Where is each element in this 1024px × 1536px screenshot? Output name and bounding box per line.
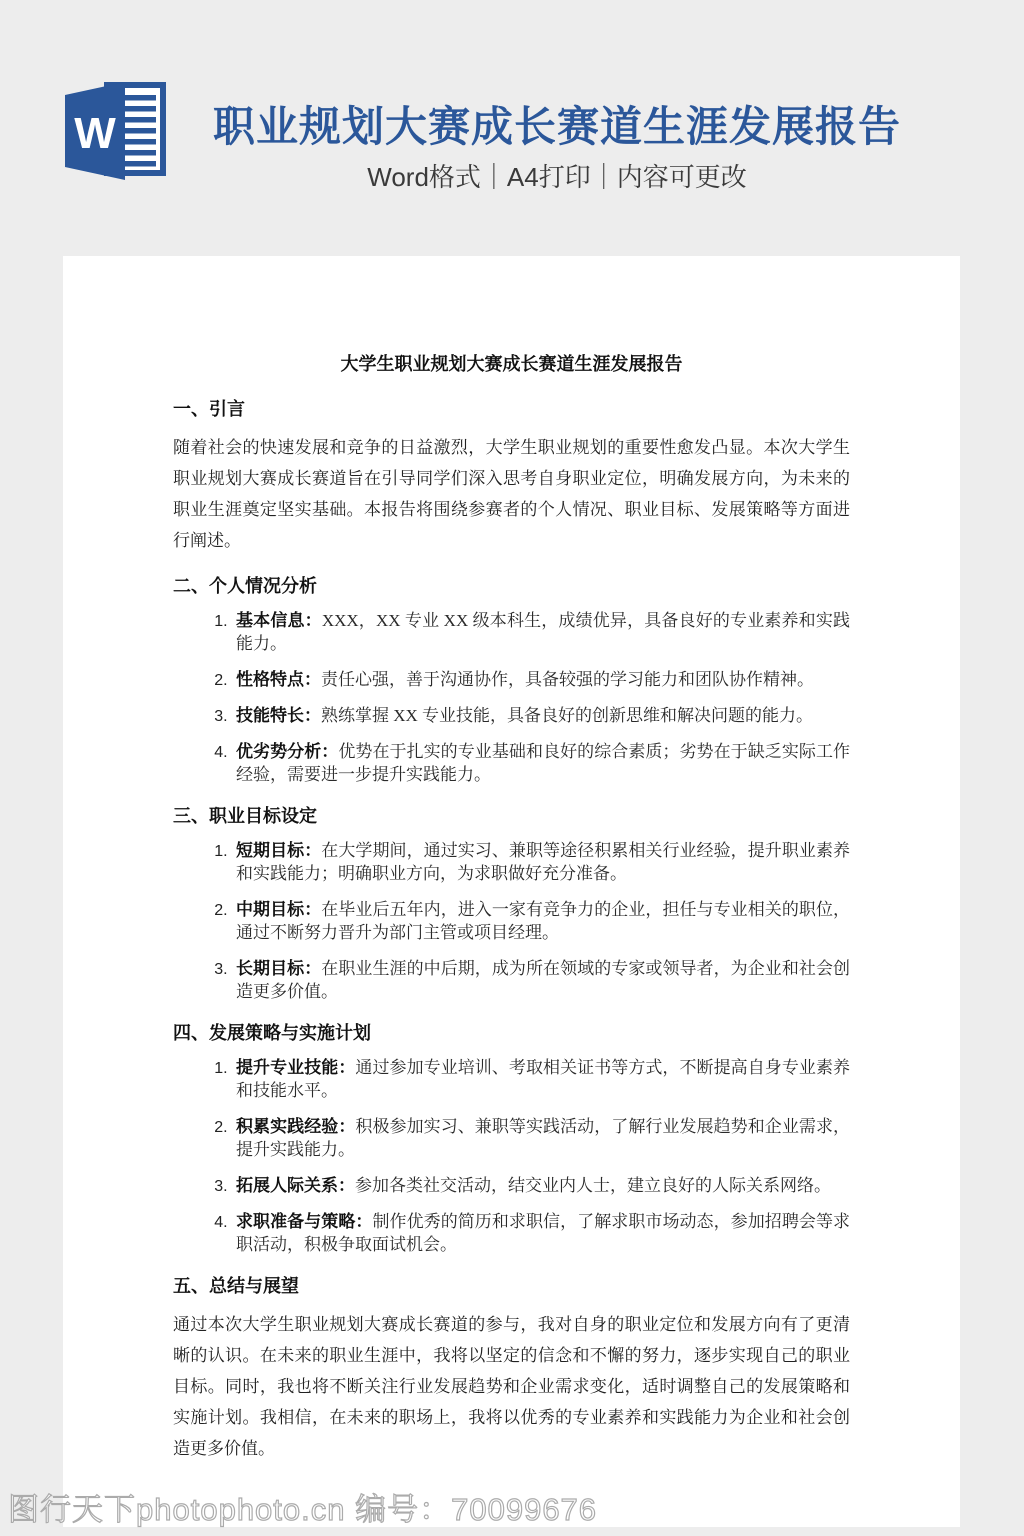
section-heading: 四、发展策略与实施计划 — [173, 1020, 850, 1046]
numbered-list: 提升专业技能：通过参加专业培训、考取相关证书等方式，不断提高自身专业素养和技能水… — [173, 1056, 850, 1256]
numbered-list: 基本信息：XXX，XX 专业 XX 级本科生，成绩优异，具备良好的专业素养和实践… — [173, 609, 850, 786]
list-item: 长期目标：在职业生涯的中后期，成为所在领域的专家或领导者，为企业和社会创造更多价… — [232, 957, 850, 1003]
site-watermark: 图行天下photophoto.cn 编号：70099676 — [8, 1484, 597, 1529]
item-label: 提升专业技能： — [236, 1058, 355, 1077]
banner-title: 职业规划大赛成长赛道生涯发展报告 — [0, 94, 1024, 154]
template-preview: W 职业规划大赛成长赛道生涯发展报告 Word格式｜A4打印｜内容可更改 大学生… — [0, 0, 1024, 1536]
document-title: 大学生职业规划大赛成长赛道生涯发展报告 — [173, 352, 850, 376]
list-item: 积累实践经验：积极参加实习、兼职等实践活动，了解行业发展趋势和企业需求，提升实践… — [232, 1115, 850, 1161]
list-item: 性格特点：责任心强，善于沟通协作，具备较强的学习能力和团队协作精神。 — [232, 668, 850, 691]
item-text: 在大学期间，通过实习、兼职等途径积累相关行业经验，提升职业素养和实践能力；明确职… — [236, 841, 850, 883]
item-label: 中期目标： — [236, 900, 321, 919]
item-label: 拓展人际关系： — [236, 1176, 355, 1195]
document-page: 大学生职业规划大赛成长赛道生涯发展报告 一、引言随着社会的快速发展和竞争的日益激… — [63, 256, 960, 1527]
document-sections: 一、引言随着社会的快速发展和竞争的日益激烈，大学生职业规划的重要性愈发凸显。本次… — [173, 396, 850, 1464]
list-item: 基本信息：XXX，XX 专业 XX 级本科生，成绩优异，具备良好的专业素养和实践… — [232, 609, 850, 655]
list-item: 技能特长：熟练掌握 XX 专业技能，具备良好的创新思维和解决问题的能力。 — [232, 704, 850, 727]
item-text: 在毕业后五年内，进入一家有竞争力的企业，担任与专业相关的职位，通过不断努力晋升为… — [236, 900, 850, 942]
item-text: 参加各类社交活动，结交业内人士，建立良好的人际关系网络。 — [355, 1176, 831, 1195]
item-label: 求职准备与策略： — [236, 1212, 372, 1231]
section-heading: 二、个人情况分析 — [173, 573, 850, 599]
item-label: 优劣势分析： — [236, 742, 338, 761]
header-banner: W 职业规划大赛成长赛道生涯发展报告 Word格式｜A4打印｜内容可更改 — [0, 0, 1024, 255]
numbered-list: 短期目标：在大学期间，通过实习、兼职等途径积累相关行业经验，提升职业素养和实践能… — [173, 839, 850, 1003]
item-text: 责任心强，善于沟通协作，具备较强的学习能力和团队协作精神。 — [321, 670, 814, 689]
item-text: XXX，XX 专业 XX 级本科生，成绩优异，具备良好的专业素养和实践能力。 — [236, 611, 850, 653]
list-item: 拓展人际关系：参加各类社交活动，结交业内人士，建立良好的人际关系网络。 — [232, 1174, 850, 1197]
item-label: 基本信息： — [236, 611, 322, 630]
item-label: 长期目标： — [236, 959, 321, 978]
list-item: 中期目标：在毕业后五年内，进入一家有竞争力的企业，担任与专业相关的职位，通过不断… — [232, 898, 850, 944]
list-item: 优劣势分析：优势在于扎实的专业基础和良好的综合素质；劣势在于缺乏实际工作经验，需… — [232, 740, 850, 786]
list-item: 短期目标：在大学期间，通过实习、兼职等途径积累相关行业经验，提升职业素养和实践能… — [232, 839, 850, 885]
item-label: 短期目标： — [236, 841, 321, 860]
item-text: 熟练掌握 XX 专业技能，具备良好的创新思维和解决问题的能力。 — [321, 706, 813, 725]
item-label: 积累实践经验： — [236, 1117, 355, 1136]
banner-subtitle: Word格式｜A4打印｜内容可更改 — [0, 157, 1024, 194]
section-heading: 五、总结与展望 — [173, 1273, 850, 1299]
section-heading: 三、职业目标设定 — [173, 803, 850, 829]
section-paragraph: 通过本次大学生职业规划大赛成长赛道的参与，我对自身的职业定位和发展方向有了更清晰… — [173, 1309, 850, 1464]
list-item: 提升专业技能：通过参加专业培训、考取相关证书等方式，不断提高自身专业素养和技能水… — [232, 1056, 850, 1102]
item-text: 在职业生涯的中后期，成为所在领域的专家或领导者，为企业和社会创造更多价值。 — [236, 959, 850, 1001]
section-paragraph: 随着社会的快速发展和竞争的日益激烈，大学生职业规划的重要性愈发凸显。本次大学生职… — [173, 432, 850, 556]
section-heading: 一、引言 — [173, 396, 850, 422]
item-label: 技能特长： — [236, 706, 321, 725]
item-label: 性格特点： — [236, 670, 321, 689]
list-item: 求职准备与策略：制作优秀的简历和求职信，了解求职市场动态，参加招聘会等求职活动，… — [232, 1210, 850, 1256]
